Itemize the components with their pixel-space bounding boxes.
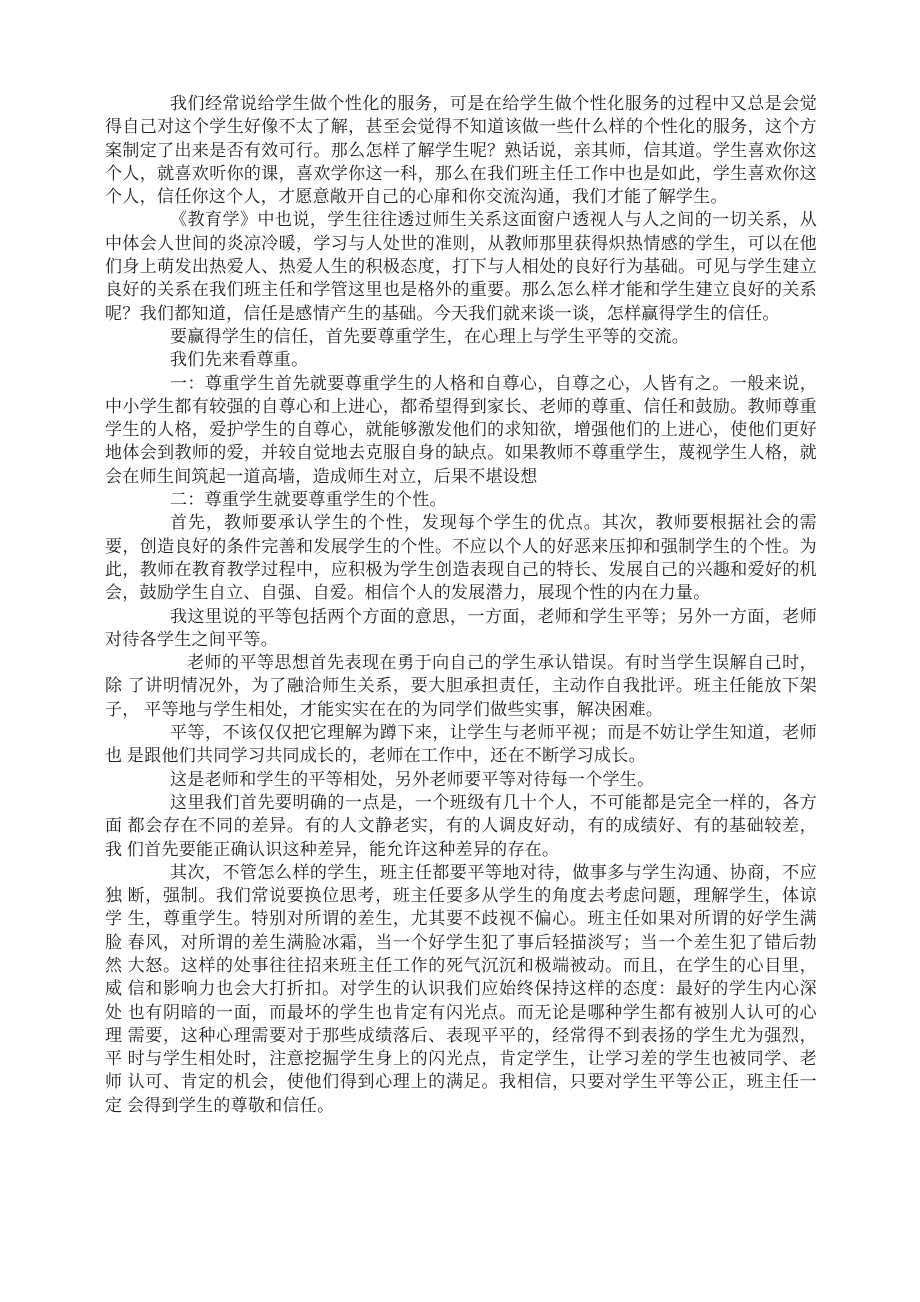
paragraph: 《教育学》中也说，学生往往透过师生关系这面窗户透视人与人之间的一切关系，从中体会… <box>105 208 817 324</box>
paragraph: 平等，不该仅仅把它理解为蹲下来，让学生与老师平视；而是不妨让学生知道，老师也 是… <box>105 721 817 768</box>
paragraph: 我们经常说给学生做个性化的服务，可是在给学生做个性化服务的过程中又总是会觉得自己… <box>105 92 817 208</box>
paragraph: 老师的平等思想首先表现在勇于向自己的学生承认错误。有时当学生误解自己时，除 了讲… <box>105 651 817 721</box>
paragraph: 我这里说的平等包括两个方面的意思，一方面，老师和学生平等；另外一方面，老师对待各… <box>105 605 817 652</box>
paragraph: 首先，教师要承认学生的个性，发现每个学生的优点。其次，教师要根据社会的需要，创造… <box>105 511 817 604</box>
document-page: 我们经常说给学生做个性化的服务，可是在给学生做个性化服务的过程中又总是会觉得自己… <box>0 0 920 1302</box>
paragraph: 二：尊重学生就要尊重学生的个性。 <box>105 488 817 511</box>
paragraph: 我们先来看尊重。 <box>105 348 817 371</box>
document-body: 我们经常说给学生做个性化的服务，可是在给学生做个性化服务的过程中又总是会觉得自己… <box>105 92 817 1117</box>
paragraph: 其次，不管怎么样的学生，班主任都要平等地对待，做事多与学生沟通、协商，不应独 断… <box>105 861 817 1117</box>
paragraph: 这是老师和学生的平等相处，另外老师要平等对待每一个学生。 <box>105 768 817 791</box>
paragraph: 一：尊重学生首先就要尊重学生的人格和自尊心，自尊之心，人皆有之。一般来说，中小学… <box>105 372 817 488</box>
paragraph: 要赢得学生的信任，首先要尊重学生，在心理上与学生平等的交流。 <box>105 325 817 348</box>
paragraph: 这里我们首先要明确的一点是，一个班级有几十个人，不可能都是完全一样的，各方面 都… <box>105 791 817 861</box>
